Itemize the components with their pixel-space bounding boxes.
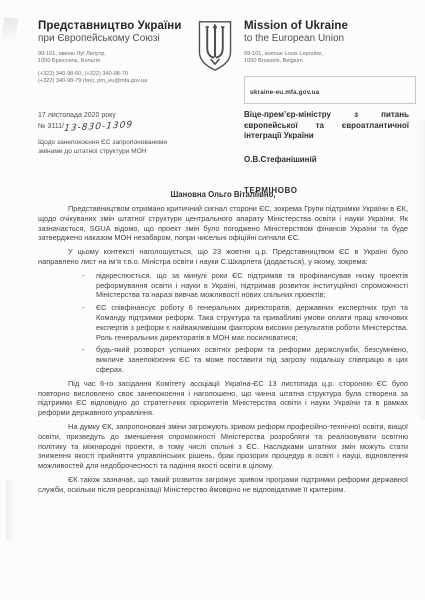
letterhead-english: Mission of Ukraine to the European Union… [244, 20, 412, 104]
org-title-uk: Представництво України [38, 20, 190, 32]
letter-body: Шановна Ольго Віталіївно, Представництво… [38, 190, 408, 499]
bullet-item: - ЄС співфінансує роботу 6 генеральних д… [82, 303, 408, 342]
org-subtitle-uk: при Європейському Союзі [38, 33, 190, 44]
reference-block: 17 листопада 2020 року № 3111/13-830-130… [38, 112, 208, 131]
bullet-dash: - [82, 271, 84, 281]
paragraph-2: У цьому контексті наголошується, що 23 ж… [38, 247, 408, 267]
salutation: Шановна Ольго Віталіївно, [38, 190, 408, 199]
scan-artifact [6, 480, 16, 540]
bullet-dash: - [82, 345, 84, 355]
addressee-name: О.В.Стефанішиній [244, 155, 409, 164]
website-box: ukraine-eu.mfa.gov.ua [244, 76, 416, 104]
bullet-dash: - [82, 303, 84, 313]
website-url: ukraine-eu.mfa.gov.ua [250, 89, 319, 96]
letterhead-ukrainian: Представництво України при Європейському… [38, 20, 190, 85]
address-line: 1050 Brussels, Belgium [244, 58, 412, 65]
bullet-item: - підкреслюється, що за минулі роки ЄС п… [82, 271, 408, 300]
address-line: 99-101, avenue Louis Lepoutre, [244, 51, 412, 58]
org-address-uk: 99-101, авеню Луї Лепутр, 1050 Брюссель,… [38, 51, 190, 65]
paragraph-3: Під час 6-го засідання Комітету асоціаці… [38, 379, 408, 418]
scan-artifact [0, 17, 18, 53]
paragraph-1: Представництвом отримано критичний сигна… [38, 204, 408, 243]
letter-date: 17 листопада 2020 року [38, 112, 208, 119]
org-title-en: Mission of Ukraine [244, 20, 412, 32]
bullet-text: ЄС співфінансує роботу 6 генеральних дир… [96, 303, 408, 341]
org-subtitle-en: to the European Union [244, 33, 412, 44]
org-phones-uk: (+322) 340-98-60, (+322) 340-98-70 (+322… [38, 71, 190, 85]
addressee-block: Віце-прем’єр-міністру з питань європейсь… [244, 110, 409, 195]
letter-number-printed: № 3111/ [38, 123, 64, 130]
bullet-text: будь-який розворот успішних освітніх реф… [96, 345, 408, 374]
bullet-item: - будь-який розворот успішних освітніх р… [82, 345, 408, 374]
letter-number: № 3111/13-830-1309 [38, 121, 208, 131]
paragraph-5: ЄК також зазначає, що такий розвиток заг… [38, 475, 408, 495]
org-address-en: 99-101, avenue Louis Lepoutre, 1050 Brus… [244, 51, 412, 65]
addressee-title: Віце-прем’єр-міністру з питань європейсь… [244, 110, 409, 142]
scan-artifact [417, 120, 425, 420]
address-line: 1050 Брюссель, Бельгія [38, 58, 190, 65]
phone-line: (+322) 340-98-79 (fax), pm_eu@mfa.gov.ua [38, 78, 190, 85]
scanned-letter-page: Представництво України при Європейському… [0, 0, 425, 600]
subject-line: змінами до штатної структури МОН [38, 148, 210, 157]
subject-line: Щодо занепокоєння ЄС запропонованими [38, 139, 210, 148]
letter-number-handwritten: 13-830-1309 [64, 120, 134, 134]
address-line: 99-101, авеню Луї Лепутр, [38, 51, 190, 58]
subject-block: Щодо занепокоєння ЄС запропонованими змі… [38, 139, 210, 156]
ukraine-trident-emblem-icon [196, 19, 234, 73]
bullet-list: - підкреслюється, що за минулі роки ЄС п… [38, 271, 408, 375]
paragraph-4: На думку ЄК, запропоновані зміни загрожу… [38, 422, 408, 471]
phone-line: (+322) 340-98-60, (+322) 340-98-70 [38, 71, 190, 78]
bullet-text: підкреслюється, що за минулі роки ЄС під… [96, 271, 408, 300]
